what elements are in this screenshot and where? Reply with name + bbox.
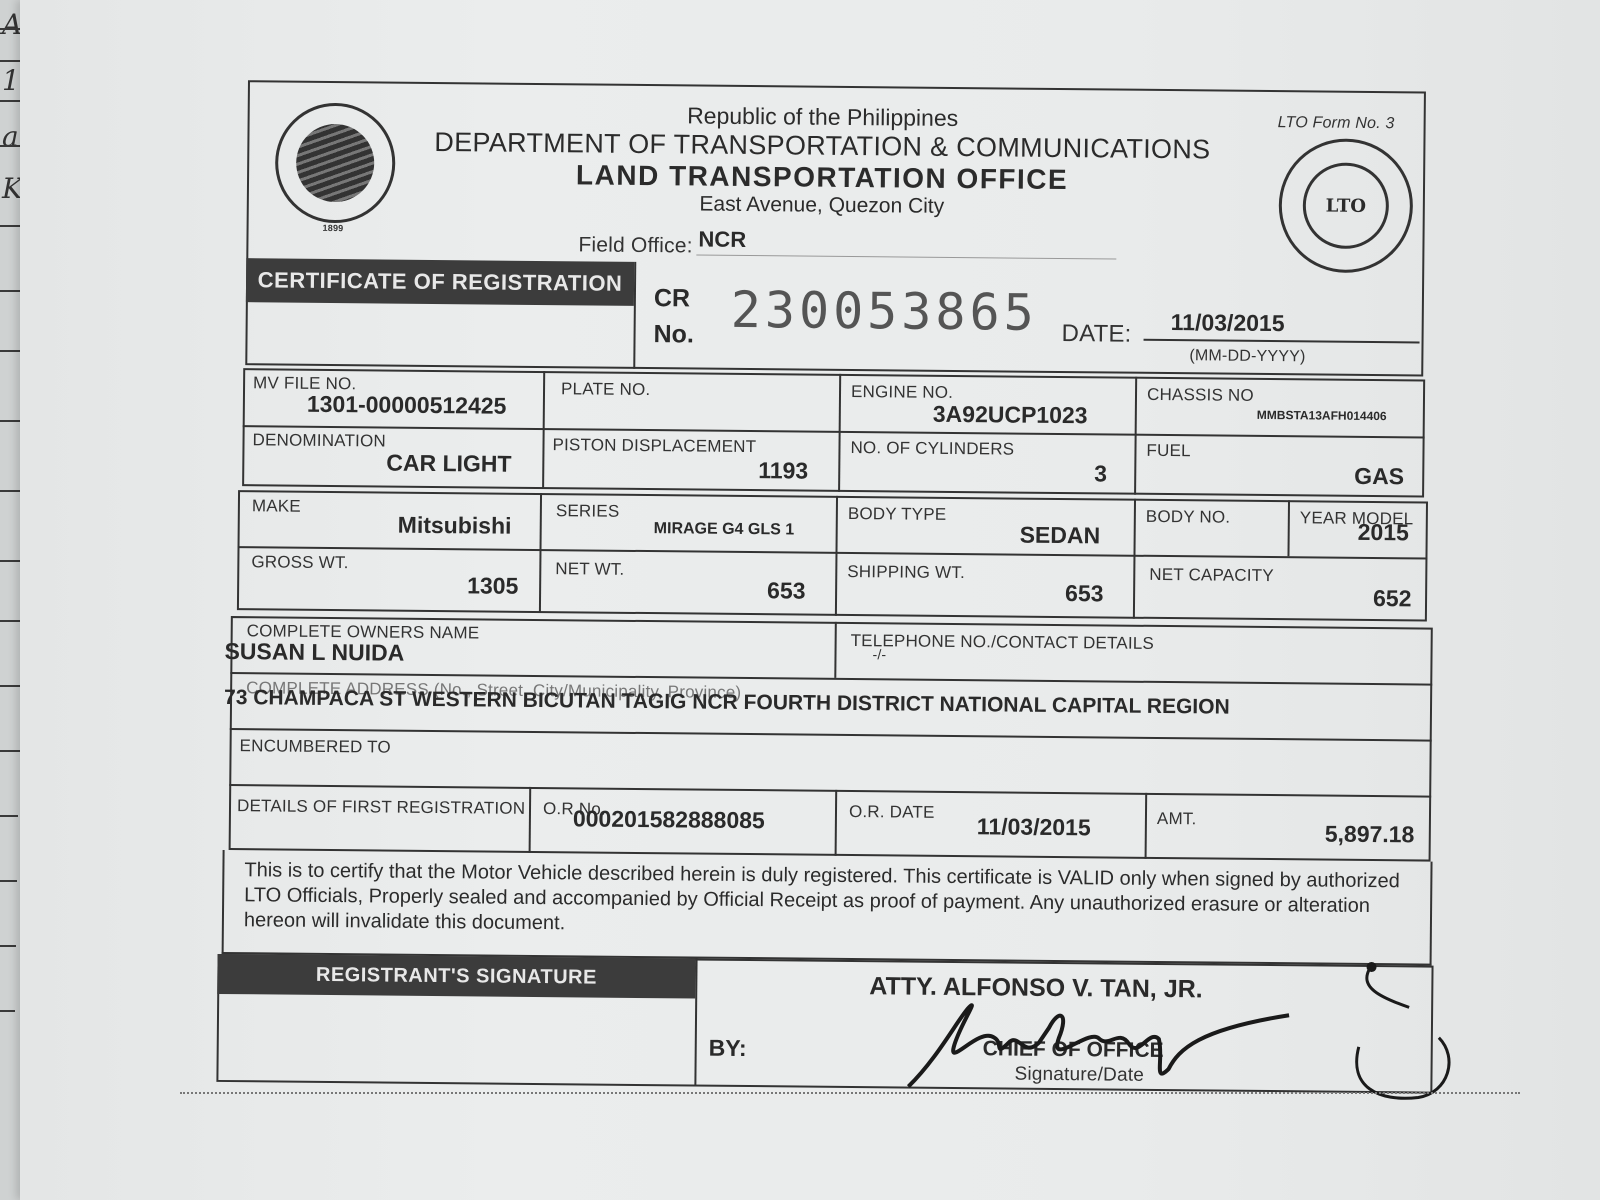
date-label: DATE: (1061, 320, 1131, 349)
owner-name-value: SUSAN L NUIDA (224, 638, 404, 667)
date-format-hint: (MM-DD-YYYY) (1189, 347, 1305, 366)
mv-file-no-value: 1301-00000512425 (307, 391, 507, 420)
registrant-signature-banner: REGISTRANT'S SIGNATURE (217, 954, 695, 999)
notebook-scrawl: 1 (2, 64, 20, 97)
series-label: SERIES (556, 501, 620, 522)
piston-displacement-value: 1193 (758, 457, 808, 484)
by-label: BY: (709, 1035, 747, 1062)
chassis-no-value: MMBSTA13AFH014406 (1257, 408, 1387, 423)
lto-seal-icon: LTO (1278, 138, 1413, 273)
or-no-value: 000201582888085 (573, 805, 765, 834)
shipping-wt-value: 653 (1065, 580, 1104, 607)
cylinders-label: NO. OF CYLINDERS (850, 438, 1014, 460)
contact-value: -/- (872, 646, 886, 662)
year-model-value: 2015 (1358, 519, 1409, 546)
seal-year: 1899 (323, 223, 344, 233)
cylinders-value: 3 (1094, 460, 1107, 487)
cr-number: 230053865 (731, 281, 1038, 342)
fuel-value: GAS (1354, 463, 1404, 490)
official-signature-scribble (898, 986, 1319, 1100)
chassis-no-label: CHASSIS NO (1147, 385, 1254, 406)
amt-value: 5,897.18 (1325, 821, 1415, 849)
fuel-label: FUEL (1146, 441, 1190, 461)
first-registration-label: DETAILS OF FIRST REGISTRATION (237, 796, 525, 819)
or-date-value: 11/03/2015 (977, 813, 1091, 841)
perforation-line (180, 1092, 1520, 1094)
shipping-wt-label: SHIPPING WT. (847, 562, 965, 583)
field-office-value: NCR (698, 227, 746, 253)
engine-no-label: ENGINE NO. (851, 382, 953, 403)
plate-no-label: PLATE NO. (561, 379, 651, 400)
cr-date-value: 11/03/2015 (1171, 309, 1285, 337)
form-number: LTO Form No. 3 (1278, 114, 1395, 133)
certification-text: This is to certify that the Motor Vehicl… (244, 858, 1425, 944)
series-value: MIRAGE G4 GLS 1 (654, 520, 795, 539)
contact-label: TELEPHONE NO./CONTACT DETAILS (851, 631, 1155, 654)
net-capacity-value: 652 (1373, 585, 1412, 612)
cr-label-1: CR (654, 284, 690, 313)
gross-wt-value: 1305 (467, 572, 518, 599)
net-capacity-label: NET CAPACITY (1149, 565, 1274, 586)
piston-displacement-label: PISTON DISPLACEMENT (552, 435, 756, 457)
engine-no-value: 3A92UCP1023 (933, 401, 1088, 429)
cr-label-2: No. (653, 320, 694, 349)
field-office-label: Field Office: (578, 233, 692, 258)
net-wt-label: NET WT. (555, 559, 624, 580)
amt-label: AMT. (1157, 809, 1197, 829)
body-type-value: SEDAN (1020, 522, 1101, 550)
certificate-title-banner: CERTIFICATE OF REGISTRATION (246, 258, 634, 306)
encumbered-label: ENCUMBERED TO (240, 736, 391, 757)
lto-seal-text: LTO (1302, 162, 1389, 249)
dotc-seal-icon (275, 102, 396, 223)
make-label: MAKE (252, 496, 301, 516)
body-type-label: BODY TYPE (848, 504, 947, 525)
denomination-value: CAR LIGHT (386, 450, 511, 478)
header-title-block: Republic of the Philippines DEPARTMENT O… (397, 100, 1248, 222)
net-wt-value: 653 (767, 577, 806, 604)
gross-wt-label: GROSS WT. (251, 552, 348, 573)
handwritten-mark (1338, 957, 1479, 1108)
denomination-label: DENOMINATION (252, 430, 386, 451)
or-date-label: O.R. DATE (849, 802, 935, 823)
make-value: Mitsubishi (398, 512, 512, 540)
body-no-label: BODY NO. (1146, 507, 1231, 528)
